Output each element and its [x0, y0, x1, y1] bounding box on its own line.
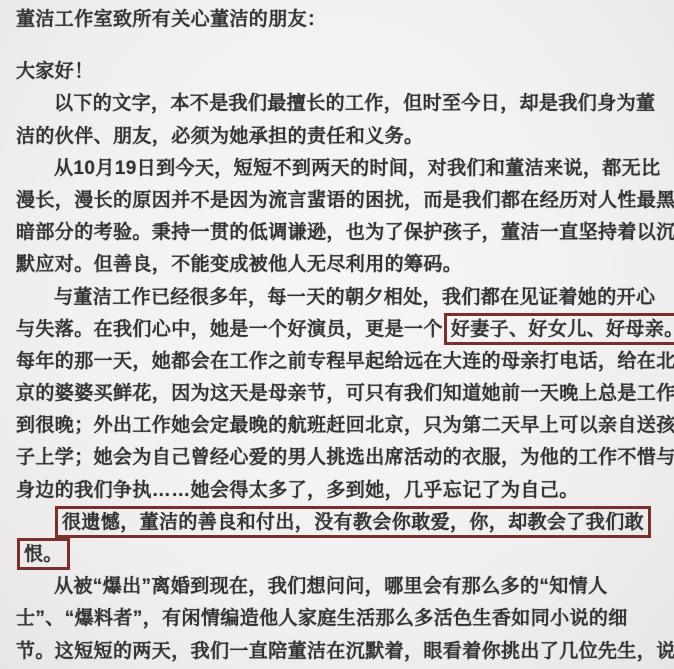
blank-line: [16, 36, 660, 56]
text-line: 以下的文字，本不是我们最擅长的工作，但时至今日，却是我们身为董: [16, 88, 660, 120]
text-segment: 士”、“爆料者”，有闲情编造他人家庭生活那么多活色生香如同小说的细: [16, 608, 628, 629]
text-segment: 董洁工作室致所有关心董洁的朋友：: [16, 9, 326, 30]
text-segment: 每年的那一天，她都会在工作之前专程早起给远在大连的母亲打电话，给在北: [16, 351, 674, 372]
text-segment: 默应对。但善良，不能变成被他人无尽利用的筹码。: [16, 254, 462, 275]
text-segment: 与董洁工作已经很多年，每一天的朝夕相处，我们都在见证着她的开心: [54, 287, 655, 308]
text-segment: 以下的文字，本不是我们最擅长的工作，但时至今日，却是我们身为董: [54, 93, 655, 114]
greeting-line: 大家好！: [16, 56, 660, 88]
text-line: 每年的那一天，她都会在工作之前专程早起给远在大连的母亲打电话，给在北: [16, 346, 660, 378]
text-segment: 节。这短短的两天，我们一直陪董洁在沉默着，眼看着你挑出了几位先生，说: [16, 641, 674, 662]
text-segment: 到很晚；外出工作她会定最晚的航班赶回北京，只为第二天早上可以亲自送孩: [16, 415, 674, 436]
text-line: 从10月19日到今天，短短不到两天的时间，对我们和董洁来说，都无比: [16, 153, 660, 185]
text-line: 恨。: [16, 539, 660, 571]
document-title: 董洁工作室致所有关心董洁的朋友：: [16, 4, 660, 36]
text-segment: 与失落。在我们心中，她是一个好演员，更是一个: [16, 319, 443, 340]
text-line: 洁的伙伴、朋友，必须为她承担的责任和义务。: [16, 121, 660, 153]
text-line: 到很晚；外出工作她会定最晚的航班赶回北京，只为第二天早上可以亲自送孩: [16, 410, 660, 442]
text-line: 子上学；她会为自己曾经心爱的男人挑选出席活动的衣服，为他的工作不惜与: [16, 442, 660, 474]
text-line: 很遗憾，董洁的善良和付出，没有教会你敢爱，你，却教会了我们敢: [16, 507, 660, 539]
text-line: 暗部分的考验。秉持一贯的低调谦逊，也为了保护孩子，董洁一直坚持着以沉: [16, 217, 660, 249]
red-highlight-box: 恨。: [20, 541, 67, 567]
text-line: 漫长，漫长的原因并不是因为流言蜚语的困扰，而是我们都在经历对人性最黑: [16, 185, 660, 217]
text-line: 从被“爆出”离婚到现在，我们想问问，哪里会有那么多的“知情人: [16, 571, 660, 603]
text-line: 与失落。在我们心中，她是一个好演员，更是一个好妻子、好女儿、好母亲。: [16, 314, 660, 346]
text-line: 默应对。但善良，不能变成被他人无尽利用的筹码。: [16, 249, 660, 281]
text-line: 京的婆婆买鲜花，因为这天是母亲节，可只有我们知道她前一天晚上总是工作: [16, 378, 660, 410]
text-segment: 从被“爆出”离婚到现在，我们想问问，哪里会有那么多的“知情人: [54, 576, 608, 597]
text-segment: 京的婆婆买鲜花，因为这天是母亲节，可只有我们知道她前一天晚上总是工作: [16, 383, 674, 404]
text-line: 身边的我们争执……她会得太多了，多到她，几乎忘记了为自己。: [16, 475, 660, 507]
text-segment: 身边的我们争执……她会得太多了，多到她，几乎忘记了为自己。: [16, 480, 579, 501]
text-segment: 洁的伙伴、朋友，必须为她承担的责任和义务。: [16, 126, 423, 147]
text-segment: 子上学；她会为自己曾经心爱的男人挑选出席活动的衣服，为他的工作不惜与: [16, 447, 674, 468]
text-line: 士”、“爆料者”，有闲情编造他人家庭生活那么多活色生香如同小说的细: [16, 603, 660, 635]
text-segment: 从10月19日到今天，短短不到两天的时间，对我们和董洁来说，都无比: [54, 158, 660, 179]
red-highlight-box: 好妻子、好女儿、好母亲。: [447, 316, 674, 342]
text-segment: 暗部分的考验。秉持一贯的低调谦逊，也为了保护孩子，董洁一直坚持着以沉: [16, 222, 674, 243]
text-segment: 大家好！: [16, 61, 94, 82]
text-line: 节。这短短的两天，我们一直陪董洁在沉默着，眼看着你挑出了几位先生，说: [16, 636, 660, 668]
text-segment: 漫长，漫长的原因并不是因为流言蜚语的困扰，而是我们都在经历对人性最黑: [16, 190, 674, 211]
text-line: 与董洁工作已经很多年，每一天的朝夕相处，我们都在见证着她的开心: [16, 282, 660, 314]
statement-document: 董洁工作室致所有关心董洁的朋友：大家好！以下的文字，本不是我们最擅长的工作，但时…: [0, 0, 674, 669]
red-highlight-box: 很遗憾，董洁的善良和付出，没有教会你敢爱，你，却教会了我们敢: [58, 509, 648, 535]
